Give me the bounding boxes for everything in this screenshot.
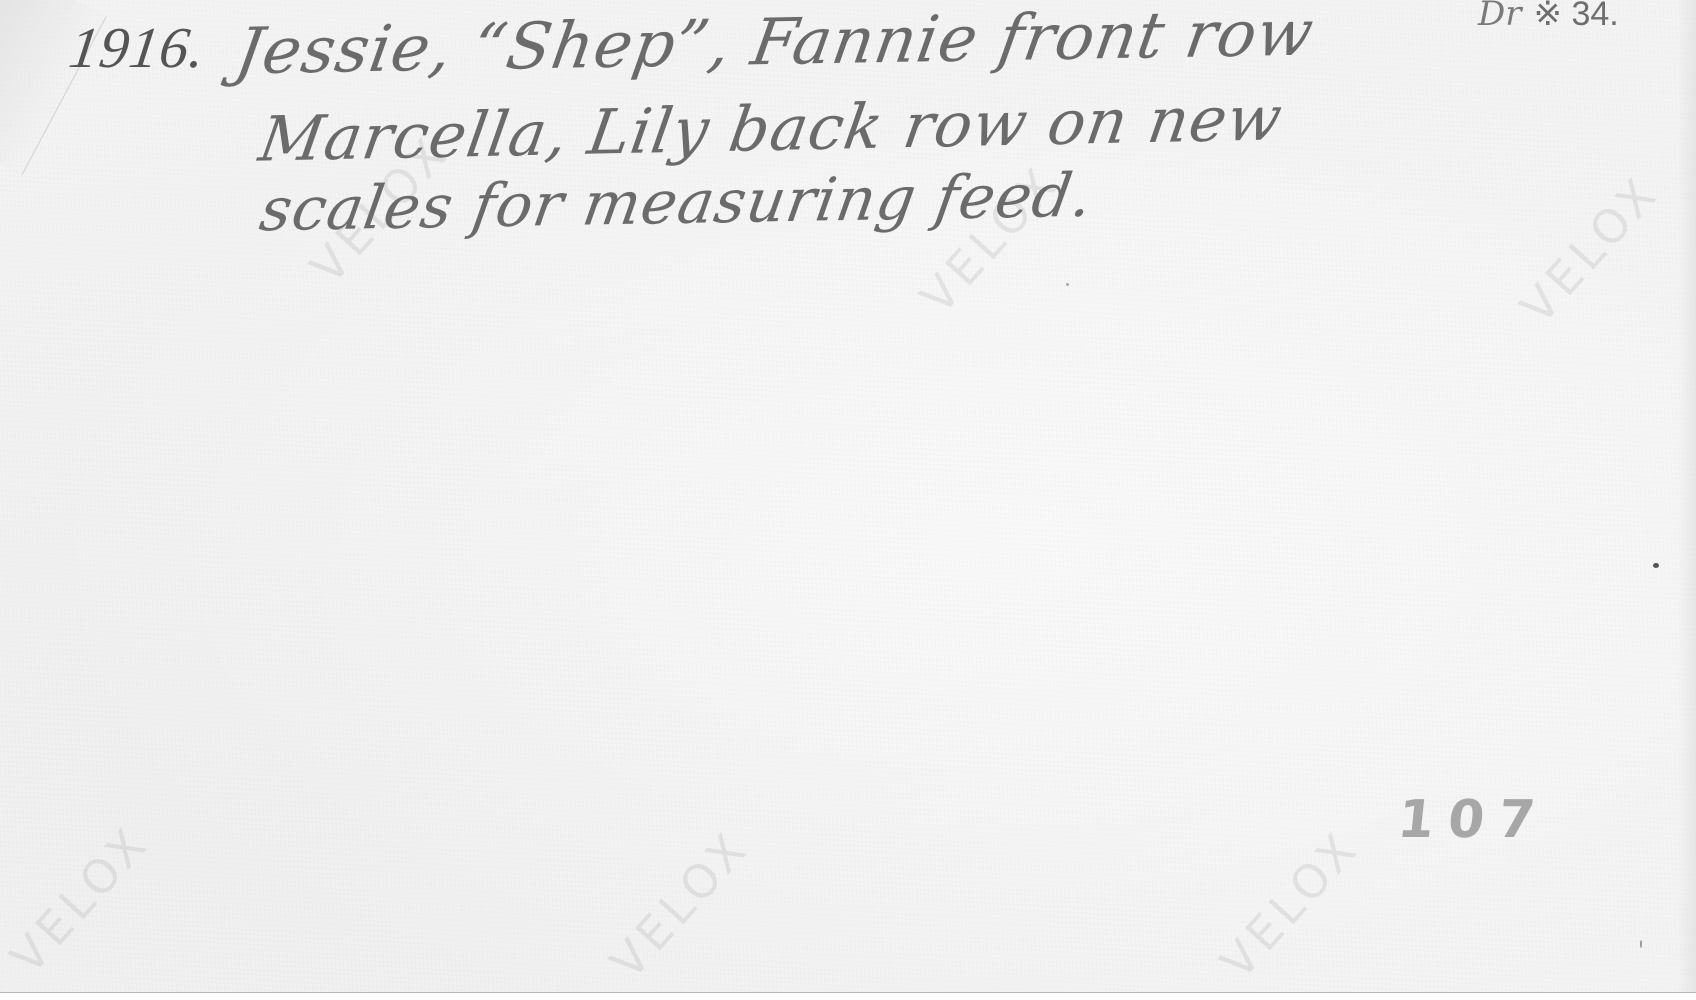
stamped-number: 107 [1395, 790, 1552, 850]
paper-speck [1066, 283, 1069, 286]
velox-watermark: VELOX [0, 815, 160, 984]
velox-watermark: VELOX [1210, 820, 1370, 989]
paper-speck [1640, 940, 1642, 948]
corner-annotation-prefix: Dr [1478, 0, 1522, 34]
right-edge-shading [1678, 0, 1696, 992]
caption-line-3: scales for measuring feed. [255, 161, 1098, 245]
paper-speck [1653, 563, 1659, 568]
card-bottom-edge [0, 992, 1696, 1000]
caption-line-2: Marcella, Lily back row on new [255, 81, 1288, 175]
corner-annotation-number: ※ 34. [1534, 0, 1619, 33]
photo-back-card: VELOX VELOX VELOX VELOX VELOX VELOX 1916… [0, 0, 1696, 992]
corner-annotation: Dr※ 34. [1478, 0, 1619, 34]
velox-watermark: VELOX [600, 820, 760, 989]
velox-watermark: VELOX [1510, 165, 1670, 334]
caption-year: 1916. [65, 14, 210, 81]
caption-line-1: Jessie, “Shep”, Fannie front row [231, 0, 1320, 89]
